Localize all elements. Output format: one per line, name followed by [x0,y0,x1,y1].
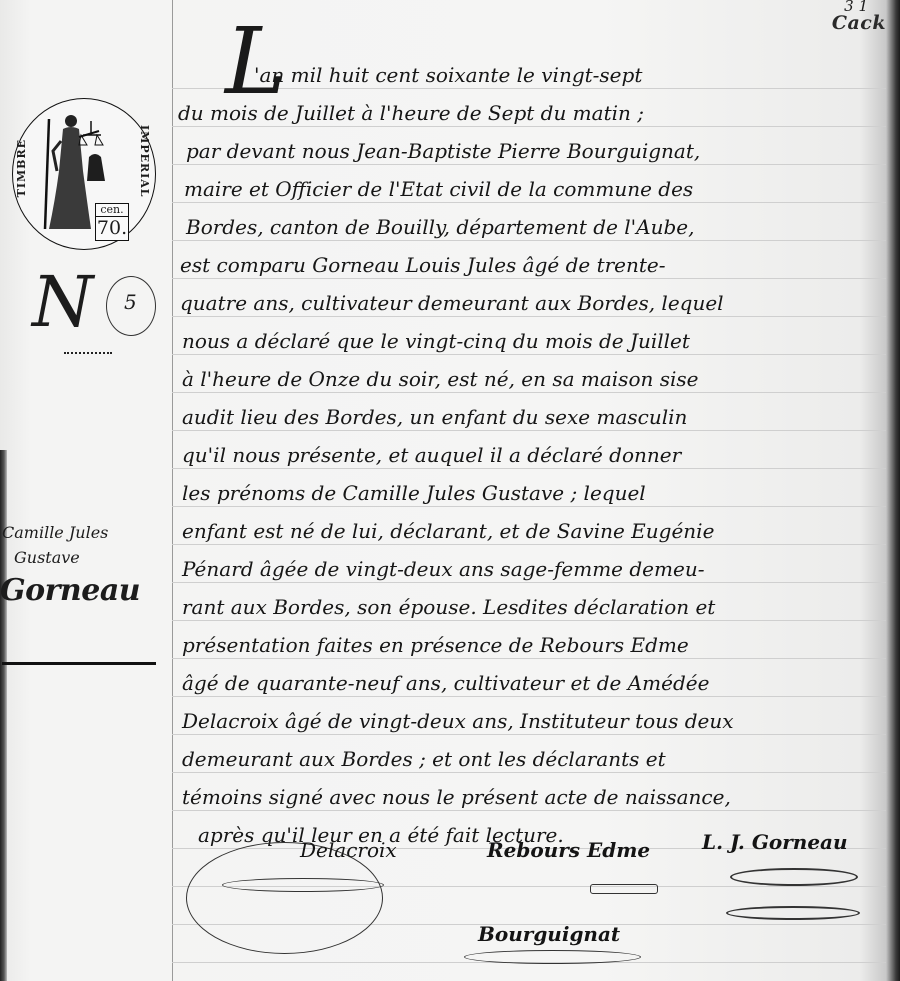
margin-name-surname: Gorneau [0,570,170,612]
text-line: à l'heure de Onze du soir, est né, en sa… [182,366,698,392]
margin-name-annotation: Camille Jules Gustave Gorneau [0,520,170,612]
ruled-line [172,278,886,279]
stamp-text-left: TIMBRE [15,139,28,197]
text-line: maire et Officier de l'Etat civil de la … [184,176,693,202]
entry-number-mark: N 5 [26,262,146,362]
text-line: 'an mil huit cent soixante le vingt-sept [254,62,642,88]
ruled-line [172,810,886,811]
number-prefix: N [32,262,93,342]
signature-flourish [222,878,384,892]
stamp-unit: cen. [96,204,128,217]
text-line: Delacroix âgé de vingt-deux ans, Institu… [182,708,734,734]
signature-bourguignat: Bourguignat [478,922,620,946]
imperial-stamp: TIMBRE IMPERIAL cen. 70. [12,98,156,250]
document-page: 3 1 Cack TIMBRE IMPERIAL cen. 70. N 5 [0,0,900,981]
ruled-line [172,316,886,317]
ruled-line [172,582,886,583]
signature-flourish [590,884,658,894]
signature-flourish [730,868,858,886]
signature-flourish [726,906,860,920]
text-line: les prénoms de Camille Jules Gustave ; l… [182,480,646,506]
text-line: présentation faites en présence de Rebou… [182,632,689,658]
ruled-line [172,658,886,659]
ruled-line [172,126,886,127]
ruled-line [172,696,886,697]
signature-gorneau: L. J. Gorneau [702,830,848,854]
stamp-denomination: cen. 70. [95,203,129,241]
text-line: Bordes, canton de Bouilly, département d… [186,214,695,240]
margin-name-line1: Camille Jules [0,520,170,546]
text-line: audit lieu des Bordes, un enfant du sexe… [182,404,687,430]
archive-code: Cack [832,12,886,34]
ruled-line [172,468,886,469]
text-line: du mois de Juillet à l'heure de Sept du … [178,100,644,126]
text-line: demeurant aux Bordes ; et ont les déclar… [182,746,666,772]
text-line: qu'il nous présente, et auquel il a décl… [182,442,681,468]
text-line: témoins signé avec nous le présent acte … [182,784,731,810]
ruled-line [172,506,886,507]
ruled-line [172,772,886,773]
text-line: nous a déclaré que le vingt-cinq du mois… [182,328,690,354]
text-line: enfant est né de lui, déclarant, et de S… [182,518,714,544]
ruled-line [172,202,886,203]
ruled-line [172,544,886,545]
underline-flourish [64,348,112,354]
ruled-line [172,354,886,355]
signature-rebours: Rebours Edme [487,838,650,862]
stamp-value: 70. [96,217,128,239]
margin-separator [2,662,156,665]
text-line: âgé de quarante-neuf ans, cultivateur et… [182,670,709,696]
ruled-line [172,734,886,735]
signature-flourish [464,950,641,964]
ruled-line [172,164,886,165]
ruled-line [172,430,886,431]
ruled-line [172,240,886,241]
text-line: quatre ans, cultivateur demeurant aux Bo… [180,290,724,316]
text-line: Pénard âgée de vingt-deux ans sage-femme… [182,556,704,582]
margin-name-line2: Gustave [0,546,170,570]
text-line: est comparu Gorneau Louis Jules âgé de t… [180,252,666,278]
text-line: rant aux Bordes, son épouse. Lesdites dé… [182,594,715,620]
signature-delacroix: Delacroix [300,838,397,862]
margin-rule [172,0,173,981]
ruled-line [172,620,886,621]
stamp-text-right: IMPERIAL [138,125,151,198]
archive-reference: 3 1 Cack [832,0,886,34]
entry-number: 5 [124,290,137,314]
text-line: par devant nous Jean-Baptiste Pierre Bou… [186,138,700,164]
folio-number: 3 1 [832,0,868,12]
ruled-line [172,392,886,393]
